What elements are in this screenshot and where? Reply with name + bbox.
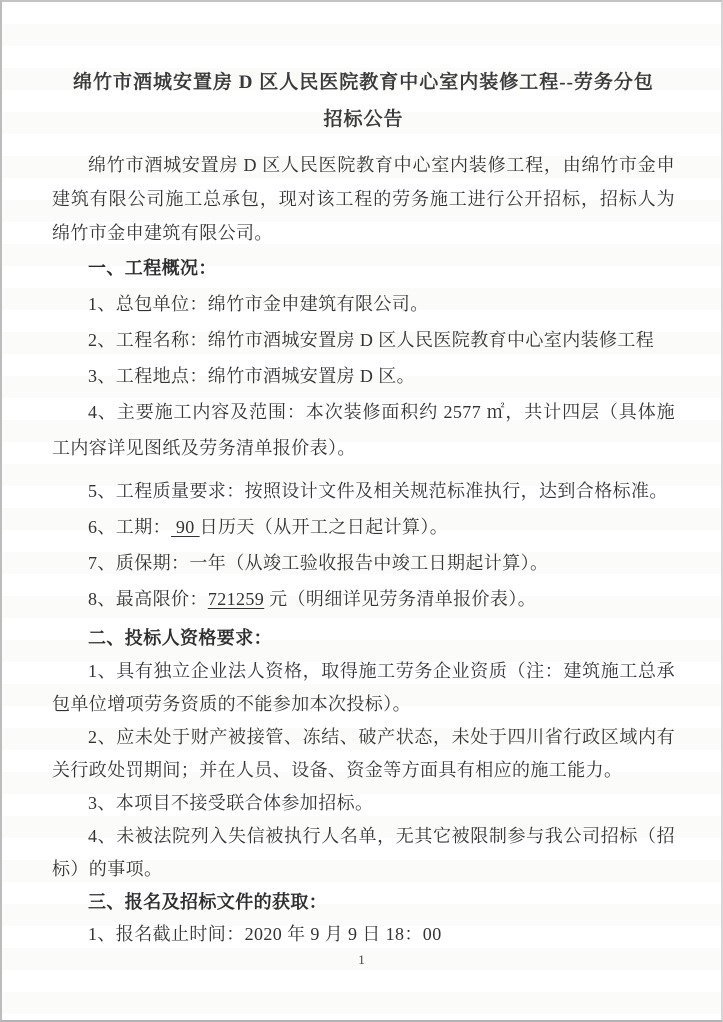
- section-2-heading: 二、投标人资格要求：: [52, 621, 675, 655]
- section-1-item-8: 8、最高限价：721259 元（明细详见劳务清单报价表）。: [52, 581, 675, 617]
- price-limit-underlined-value: 721259: [208, 589, 264, 609]
- duration-underlined-value: 90: [171, 517, 200, 537]
- section-1-item-6: 6、工期： 90 日历天（从开工之日起计算）。: [52, 509, 675, 545]
- document-content: 绵竹市酒城安置房 D 区人民医院教育中心室内装修工程--劳务分包招标公告 绵竹市…: [2, 2, 721, 950]
- section-1-item-8-suffix: 元（明细详见劳务清单报价表）。: [264, 589, 536, 609]
- section-1-item-5: 5、工程质量要求：按照设计文件及相关规范标准执行，达到合格标准。: [52, 473, 675, 509]
- section-3-heading: 三、报名及招标文件的获取：: [52, 886, 675, 918]
- document-title-line1: 绵竹市酒城安置房 D 区人民医院教育中心室内装修工程--劳务分包: [73, 72, 654, 93]
- section-1-item-4: 4、主要施工内容及范围：本次装修面积约 2577 ㎡，共计四层（具体施工内容详见…: [52, 394, 675, 466]
- section-2-item-2: 2、应未处于财产被接管、冻结、破产状态，未处于四川省行政区域内有关行政处罚期间；…: [52, 721, 675, 787]
- section-2-item-3: 3、本项目不接受联合体参加招标。: [52, 787, 675, 820]
- section-1-item-3: 3、工程地点：绵竹市酒城安置房 D 区。: [52, 358, 675, 394]
- section-2-item-1: 1、具有独立企业法人资格，取得施工劳务企业资质（注：建筑施工总承包单位增项劳务资…: [52, 655, 675, 721]
- section-1-item-1: 1、总包单位：绵竹市金申建筑有限公司。: [52, 286, 675, 322]
- section-1-heading: 一、工程概况：: [52, 250, 675, 286]
- section-3-item-1: 1、报名截止时间：2020 年 9 月 9 日 18：00: [52, 918, 675, 950]
- document-page: 绵竹市酒城安置房 D 区人民医院教育中心室内装修工程--劳务分包招标公告 绵竹市…: [0, 0, 723, 1022]
- document-title-line2: 招标公告: [323, 109, 403, 130]
- section-1-item-6-suffix: 日历天（从开工之日起计算）。: [200, 517, 449, 537]
- section-1-item-6-prefix: 6、工期：: [88, 517, 171, 537]
- section-1-item-2: 2、工程名称：绵竹市酒城安置房 D 区人民医院教育中心室内装修工程: [52, 322, 675, 358]
- page-number: 1: [2, 952, 721, 968]
- intro-paragraph: 绵竹市酒城安置房 D 区人民医院教育中心室内装修工程，由绵竹市金申建筑有限公司施…: [52, 148, 675, 250]
- document-title: 绵竹市酒城安置房 D 区人民医院教育中心室内装修工程--劳务分包招标公告: [52, 64, 675, 138]
- section-2-item-4: 4、未被法院列入失信被执行人名单，无其它被限制参与我公司招标（招标）的事项。: [52, 820, 675, 886]
- section-1-item-7: 7、质保期：一年（从竣工验收报告中竣工日期起计算）。: [52, 545, 675, 581]
- section-1-item-8-prefix: 8、最高限价：: [88, 589, 208, 609]
